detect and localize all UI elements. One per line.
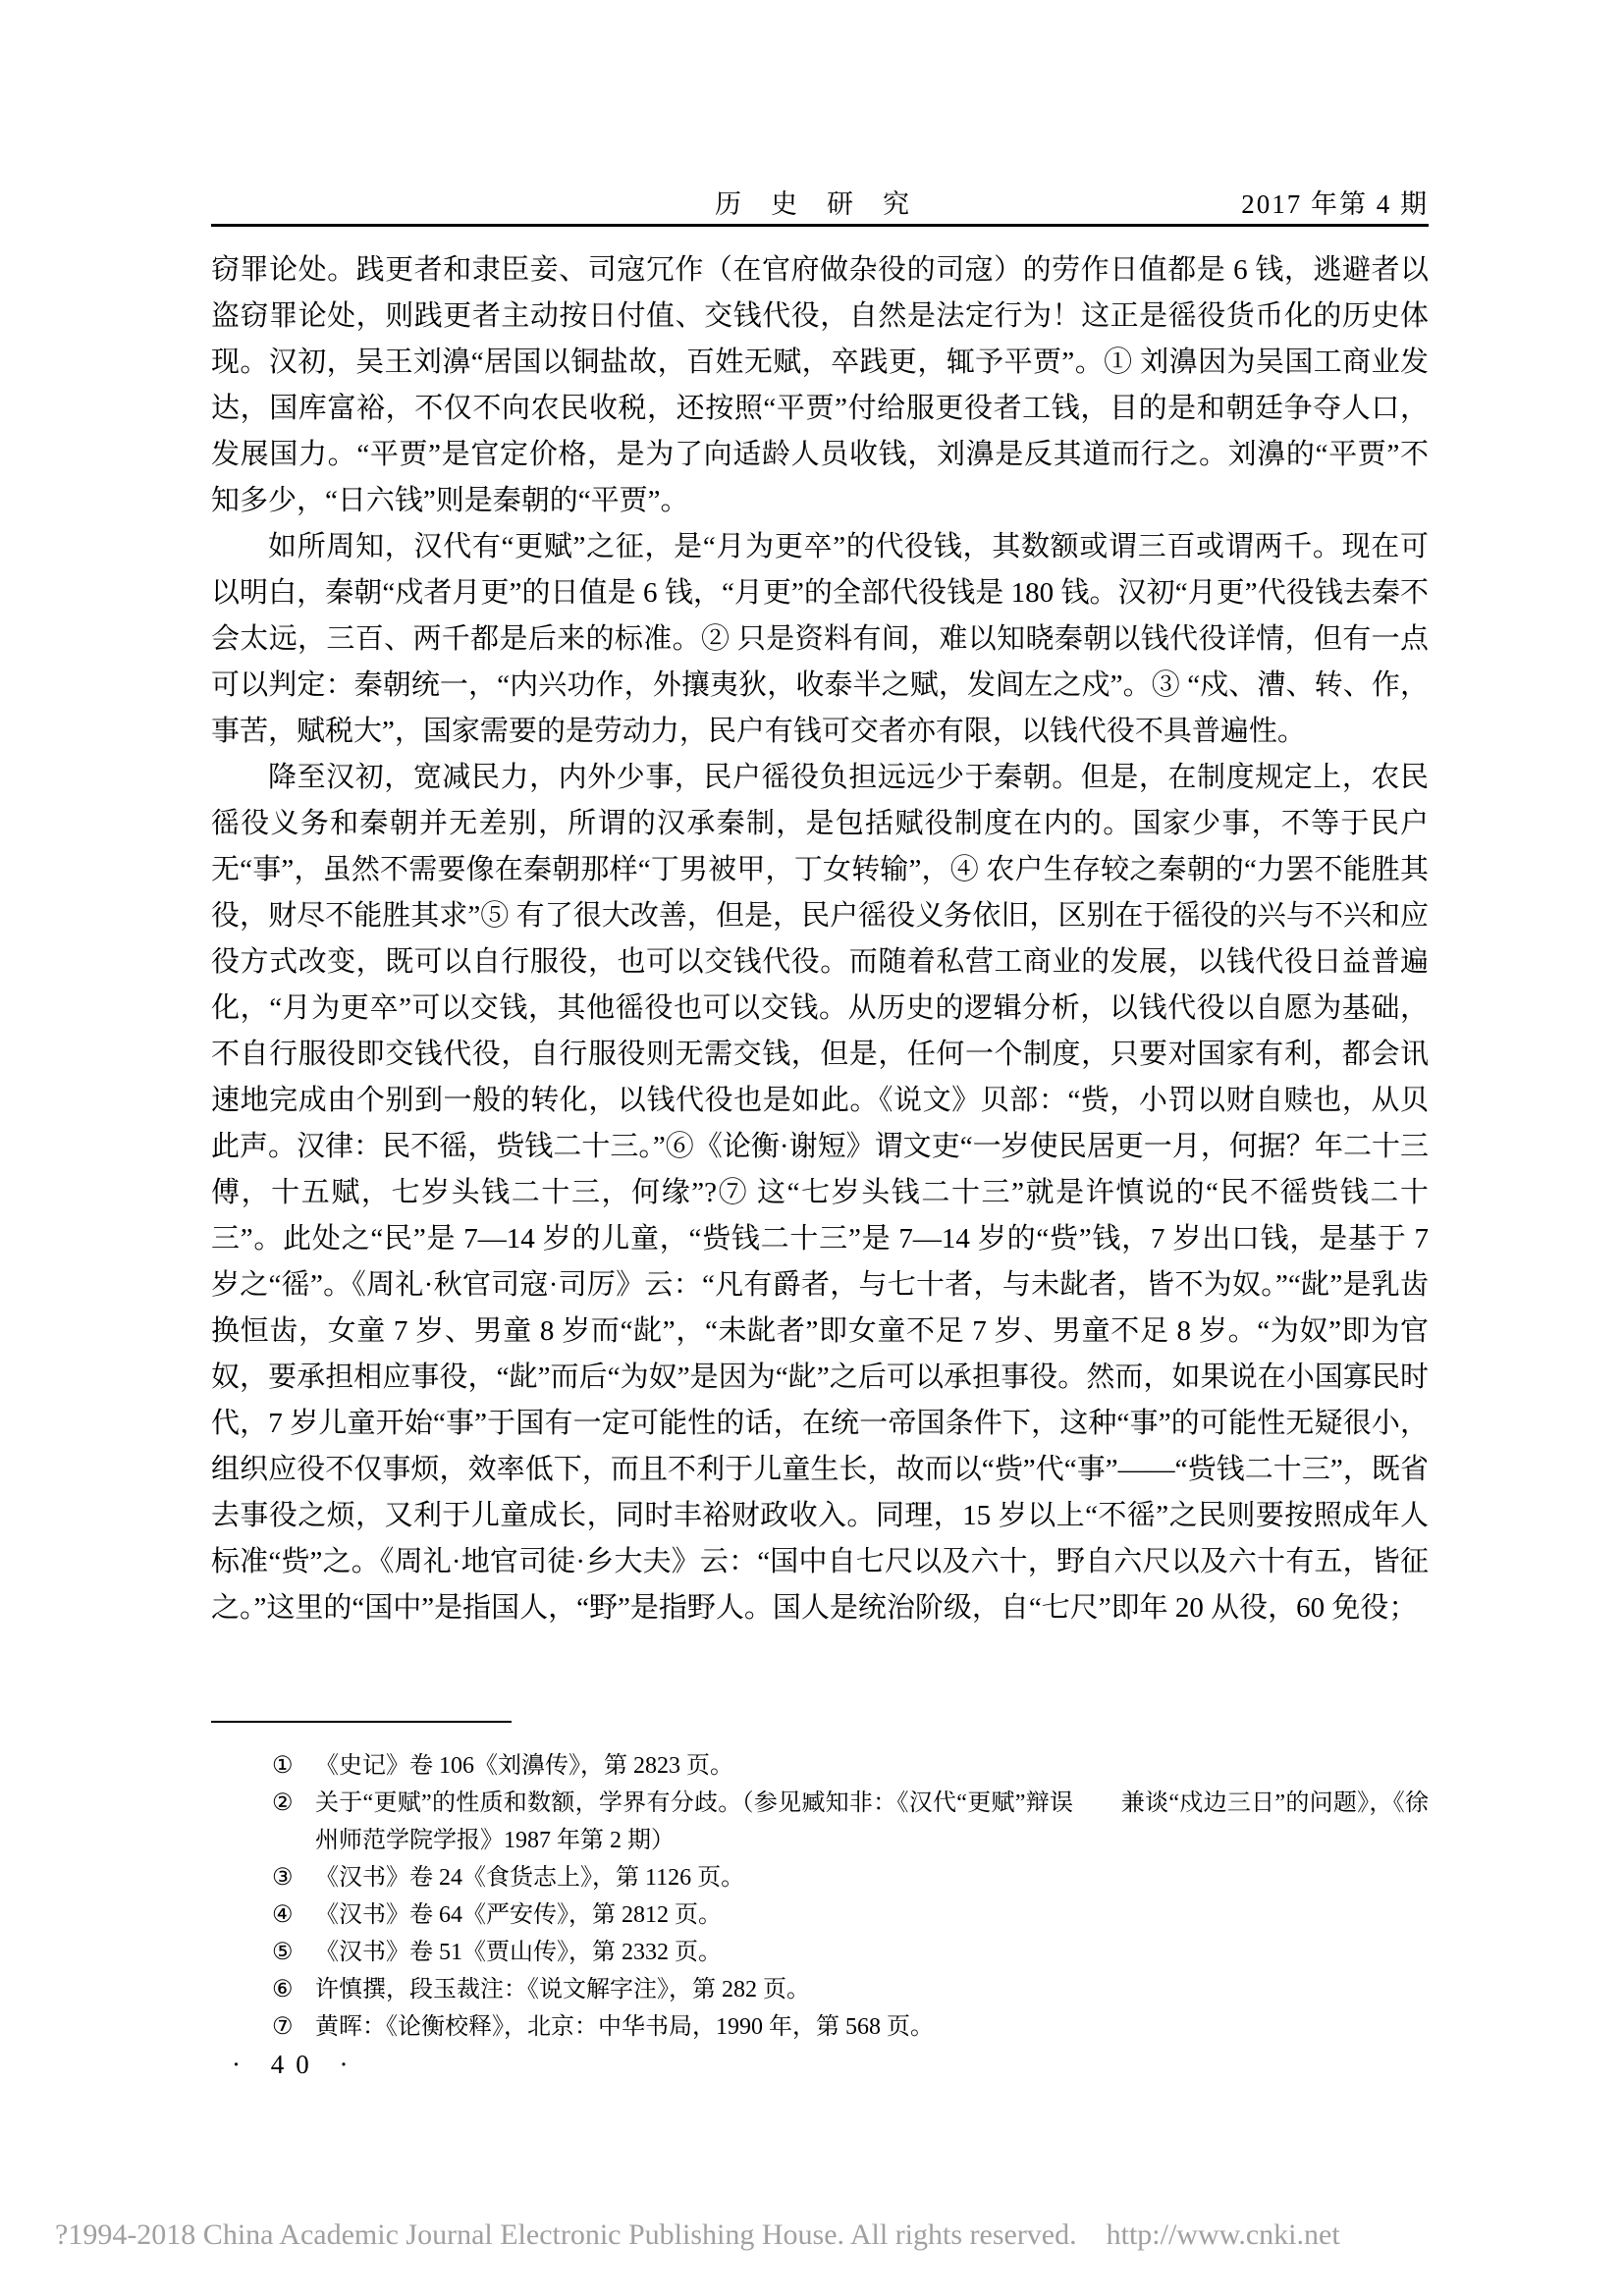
footnote-marker: ⑥ xyxy=(272,1971,315,2008)
footnote-marker: ② xyxy=(272,1785,315,1822)
issue-label: 2017 年第 4 期 xyxy=(211,183,1429,221)
footnote-text: 关于“更赋”的性质和数额，学界有分歧。（参见臧知非：《汉代“更赋”辩误 兼谈“戍… xyxy=(315,1785,1429,1859)
footnote-text: 许慎撰，段玉裁注：《说文解字注》，第 282 页。 xyxy=(315,1971,1429,2008)
footnote-marker: ⑦ xyxy=(272,2008,315,2046)
footnote-item: ① 《史记》卷 106《刘濞传》，第 2823 页。 xyxy=(211,1747,1429,1785)
footnote-text: 黄晖：《论衡校释》，北京：中华书局，1990 年，第 568 页。 xyxy=(315,2008,1429,2046)
footnote-item: ⑥ 许慎撰，段玉裁注：《说文解字注》，第 282 页。 xyxy=(211,1971,1429,2008)
footnote-item: ④ 《汉书》卷 64《严安传》，第 2812 页。 xyxy=(211,1896,1429,1934)
header-rule xyxy=(211,224,1429,227)
footnote-marker: ③ xyxy=(272,1859,315,1896)
footnote-separator xyxy=(211,1721,512,1723)
paragraph-1: 窃罪论处。践更者和隶臣妾、司寇冗作（在官府做杂役的司寇）的劳作日值都是 6 钱，… xyxy=(211,247,1429,524)
footnote-marker: ⑤ xyxy=(272,1934,315,1971)
footnote-marker: ① xyxy=(272,1747,315,1785)
footnote-item: ⑦ 黄晖：《论衡校释》，北京：中华书局，1990 年，第 568 页。 xyxy=(211,2008,1429,2046)
footnote-marker: ④ xyxy=(272,1896,315,1934)
paragraph-2: 如所周知，汉代有“更赋”之征，是“月为更卒”的代役钱，其数额或谓三百或谓两千。现… xyxy=(211,524,1429,755)
footnotes-section: ① 《史记》卷 106《刘濞传》，第 2823 页。 ② 关于“更赋”的性质和数… xyxy=(211,1747,1429,2046)
footnote-item: ③ 《汉书》卷 24《食货志上》，第 1126 页。 xyxy=(211,1859,1429,1896)
footnote-item: ② 关于“更赋”的性质和数额，学界有分歧。（参见臧知非：《汉代“更赋”辩误 兼谈… xyxy=(211,1785,1429,1859)
paragraph-3: 降至汉初，宽减民力，内外少事，民户徭役负担远远少于秦朝。但是，在制度规定上，农民… xyxy=(211,755,1429,1631)
article-body: 窃罪论处。践更者和隶臣妾、司寇冗作（在官府做杂役的司寇）的劳作日值都是 6 钱，… xyxy=(211,247,1429,1631)
page-number: · 40 · xyxy=(232,2050,359,2080)
footnote-text: 《汉书》卷 24《食货志上》，第 1126 页。 xyxy=(315,1859,1429,1896)
footnote-text: 《史记》卷 106《刘濞传》，第 2823 页。 xyxy=(315,1747,1429,1785)
footnote-text: 《汉书》卷 64《严安传》，第 2812 页。 xyxy=(315,1896,1429,1934)
journal-page: 历史研究 2017 年第 4 期 窃罪论处。践更者和隶臣妾、司寇冗作（在官府做杂… xyxy=(0,0,1624,2296)
footnote-item: ⑤ 《汉书》卷 51《贾山传》，第 2332 页。 xyxy=(211,1934,1429,1971)
footnote-text: 《汉书》卷 51《贾山传》，第 2332 页。 xyxy=(315,1934,1429,1971)
cnki-watermark: ?1994-2018 China Academic Journal Electr… xyxy=(55,2218,1340,2252)
